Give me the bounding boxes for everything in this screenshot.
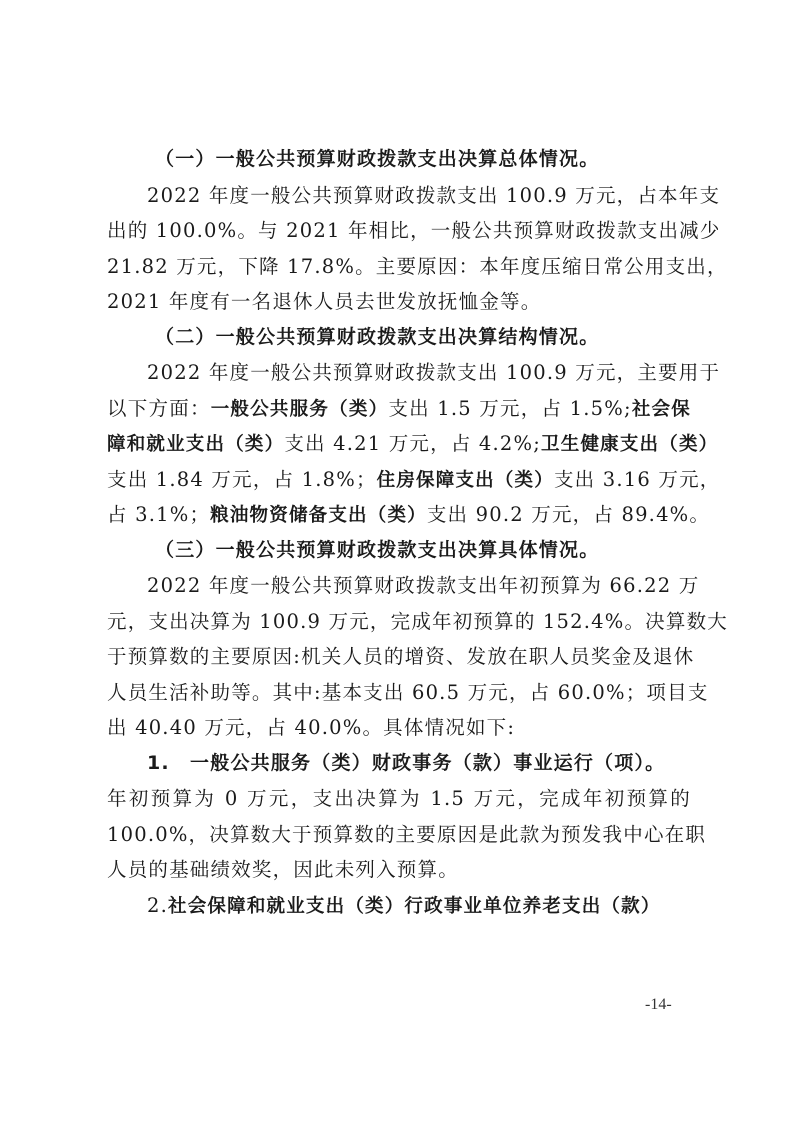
paragraph-line: 障和就业支出（类）支出 4.21 万元，占 4.2%;卫生健康支出（类） bbox=[107, 426, 691, 462]
paragraph-line: 2022 年度一般公共预算财政拨款支出年初预算为 66.22 万 bbox=[107, 568, 691, 604]
section-heading-1: （一）一般公共预算财政拨款支出决算总体情况。 bbox=[107, 142, 691, 178]
category-label: 粮油物资储备支出（类） bbox=[210, 505, 427, 526]
paragraph-line: 年初预算为 0 万元，支出决算为 1.5 万元，完成年初预算的 bbox=[107, 781, 691, 817]
category-label: 障和就业支出（类） bbox=[107, 434, 284, 455]
section-heading-3: （三）一般公共预算财政拨款支出决算具体情况。 bbox=[107, 533, 691, 569]
item-number: 2. bbox=[147, 894, 168, 917]
paragraph-line: 出 40.40 万元，占 40.0%。具体情况如下: bbox=[107, 710, 691, 746]
paragraph-line: 人员的基础绩效奖，因此未列入预算。 bbox=[107, 852, 691, 888]
category-label: 卫生健康支出（类） bbox=[541, 434, 718, 455]
item-heading-1: 1. 一般公共服务（类）财政事务（款）事业运行（项）。 bbox=[107, 746, 691, 782]
paragraph-line: 占 3.1%；粮油物资储备支出（类）支出 90.2 万元，占 89.4%。 bbox=[107, 497, 691, 533]
item-title: 社会保障和就业支出（类）行政事业单位养老支出（款） bbox=[168, 896, 661, 917]
paragraph-line: 2022 年度一般公共预算财政拨款支出 100.9 万元，占本年支 bbox=[107, 178, 691, 214]
page-number: -14- bbox=[645, 996, 672, 1014]
text: 支出 4.21 万元，占 4.2%; bbox=[284, 432, 541, 455]
text: 以下方面： bbox=[107, 397, 211, 420]
paragraph-line: 于预算数的主要原因:机关人员的增资、发放在职人员奖金及退休 bbox=[107, 639, 691, 675]
category-label: 社会保 bbox=[632, 399, 691, 420]
paragraph-line: 21.82 万元，下降 17.8%。主要原因：本年度压缩日常公用支出， bbox=[107, 249, 691, 285]
paragraph-line: 以下方面：一般公共服务（类）支出 1.5 万元，占 1.5%;社会保 bbox=[107, 391, 691, 427]
text: 支出 1.5 万元，占 1.5%; bbox=[388, 397, 631, 420]
text: 支出 90.2 万元，占 89.4%。 bbox=[427, 503, 710, 526]
paragraph-line: 支出 1.84 万元，占 1.8%；住房保障支出（类）支出 3.16 万元， bbox=[107, 462, 691, 498]
item-heading-2: 2.社会保障和就业支出（类）行政事业单位养老支出（款） bbox=[107, 888, 691, 924]
text: 占 3.1%； bbox=[107, 503, 210, 526]
section-heading-2: （二）一般公共预算财政拨款支出决算结构情况。 bbox=[107, 320, 691, 356]
paragraph-line: 出的 100.0%。与 2021 年相比，一般公共预算财政拨款支出减少 bbox=[107, 213, 691, 249]
category-label: 一般公共服务（类） bbox=[211, 399, 389, 420]
paragraph-line: 2022 年度一般公共预算财政拨款支出 100.9 万元，主要用于 bbox=[107, 355, 691, 391]
category-label: 住房保障支出（类） bbox=[377, 470, 554, 491]
paragraph-line: 2021 年度有一名退休人员去世发放抚恤金等。 bbox=[107, 284, 691, 320]
text: 支出 3.16 万元， bbox=[554, 468, 721, 491]
paragraph-line: 人员生活补助等。其中:基本支出 60.5 万元，占 60.0%；项目支 bbox=[107, 675, 691, 711]
paragraph-line: 100.0%，决算数大于预算数的主要原因是此款为预发我中心在职 bbox=[107, 817, 691, 853]
paragraph-line: 元，支出决算为 100.9 万元，完成年初预算的 152.4%。决算数大 bbox=[107, 604, 691, 640]
document-page: （一）一般公共预算财政拨款支出决算总体情况。 2022 年度一般公共预算财政拨款… bbox=[107, 142, 691, 923]
text: 支出 1.84 万元，占 1.8%； bbox=[107, 468, 377, 491]
